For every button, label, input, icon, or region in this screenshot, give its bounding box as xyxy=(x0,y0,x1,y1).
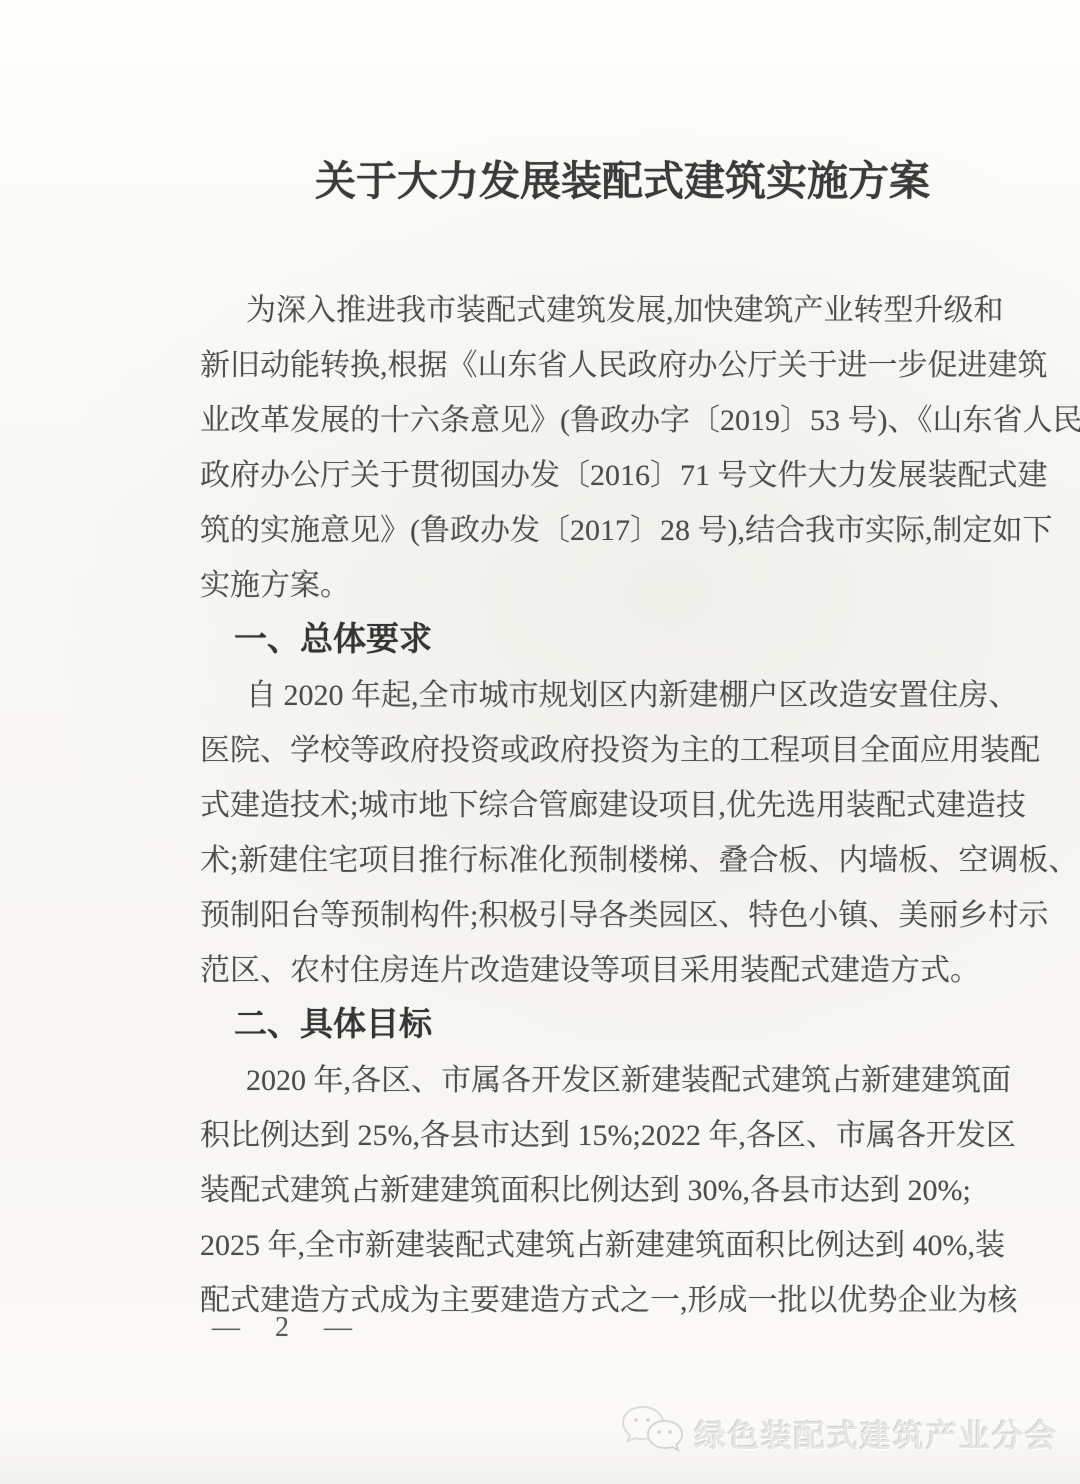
paragraph: 为深入推进我市装配式建筑发展,加快建筑产业转型升级和新旧动能转换,根据《山东省人… xyxy=(200,283,1048,613)
document-title: 关于大力发展装配式建筑实施方案 xyxy=(200,148,1045,207)
text-line: 术;新建住宅项目推行标准化预制楼梯、叠合板、内墙板、空调板、 xyxy=(200,833,1048,888)
text-line: 2020 年,各区、市属各开发区新建装配式建筑占新建建筑面 xyxy=(200,1053,1048,1108)
text-line: 新旧动能转换,根据《山东省人民政府办公厅关于进一步促进建筑 xyxy=(200,338,1048,393)
text-line: 筑的实施意见》(鲁政办发〔2017〕28 号),结合我市实际,制定如下 xyxy=(200,503,1048,558)
text-line: 政府办公厅关于贯彻国办发〔2016〕71 号文件大力发展装配式建 xyxy=(200,448,1048,503)
document-body: 为深入推进我市装配式建筑发展,加快建筑产业转型升级和新旧动能转换,根据《山东省人… xyxy=(200,283,1048,1328)
text-line: 自 2020 年起,全市城市规划区内新建棚户区改造安置住房、 xyxy=(200,668,1048,723)
text-line: 实施方案。 xyxy=(200,558,1048,613)
page-number: — 2 — xyxy=(212,1312,366,1344)
scanned-document-page: 关于大力发展装配式建筑实施方案 为深入推进我市装配式建筑发展,加快建筑产业转型升… xyxy=(0,0,1080,1484)
text-line: 医院、学校等政府投资或政府投资为主的工程项目全面应用装配 xyxy=(200,723,1048,778)
text-line: 一、总体要求 xyxy=(200,613,1048,668)
paragraph: 2020 年,各区、市属各开发区新建装配式建筑占新建建筑面积比例达到 25%,各… xyxy=(200,1053,1048,1328)
text-line: 预制阳台等预制构件;积极引导各类园区、特色小镇、美丽乡村示 xyxy=(200,888,1048,943)
text-line: 2025 年,全市新建装配式建筑占新建建筑面积比例达到 40%,装 xyxy=(200,1218,1048,1273)
section-heading: 二、具体目标 xyxy=(200,998,1048,1053)
text-line: 为深入推进我市装配式建筑发展,加快建筑产业转型升级和 xyxy=(200,283,1048,338)
wechat-icon xyxy=(621,1405,685,1462)
text-line: 积比例达到 25%,各县市达到 15%;2022 年,各区、市属各开发区 xyxy=(200,1108,1048,1163)
text-line: 式建造技术;城市地下综合管廊建设项目,优先选用装配式建造技 xyxy=(200,778,1048,833)
section-heading: 一、总体要求 xyxy=(200,613,1048,668)
text-line: 业改革发展的十六条意见》(鲁政办字〔2019〕53 号)、《山东省人民 xyxy=(200,393,1048,448)
text-line: 装配式建筑占新建建筑面积比例达到 30%,各县市达到 20%; xyxy=(200,1163,1048,1218)
watermark: 绿色装配式建筑产业分会 xyxy=(621,1405,1058,1462)
text-line: 范区、农村住房连片改造建设等项目采用装配式建造方式。 xyxy=(200,943,1048,998)
paragraph: 自 2020 年起,全市城市规划区内新建棚户区改造安置住房、医院、学校等政府投资… xyxy=(200,668,1048,998)
watermark-text: 绿色装配式建筑产业分会 xyxy=(695,1411,1058,1456)
text-line: 二、具体目标 xyxy=(200,998,1048,1053)
